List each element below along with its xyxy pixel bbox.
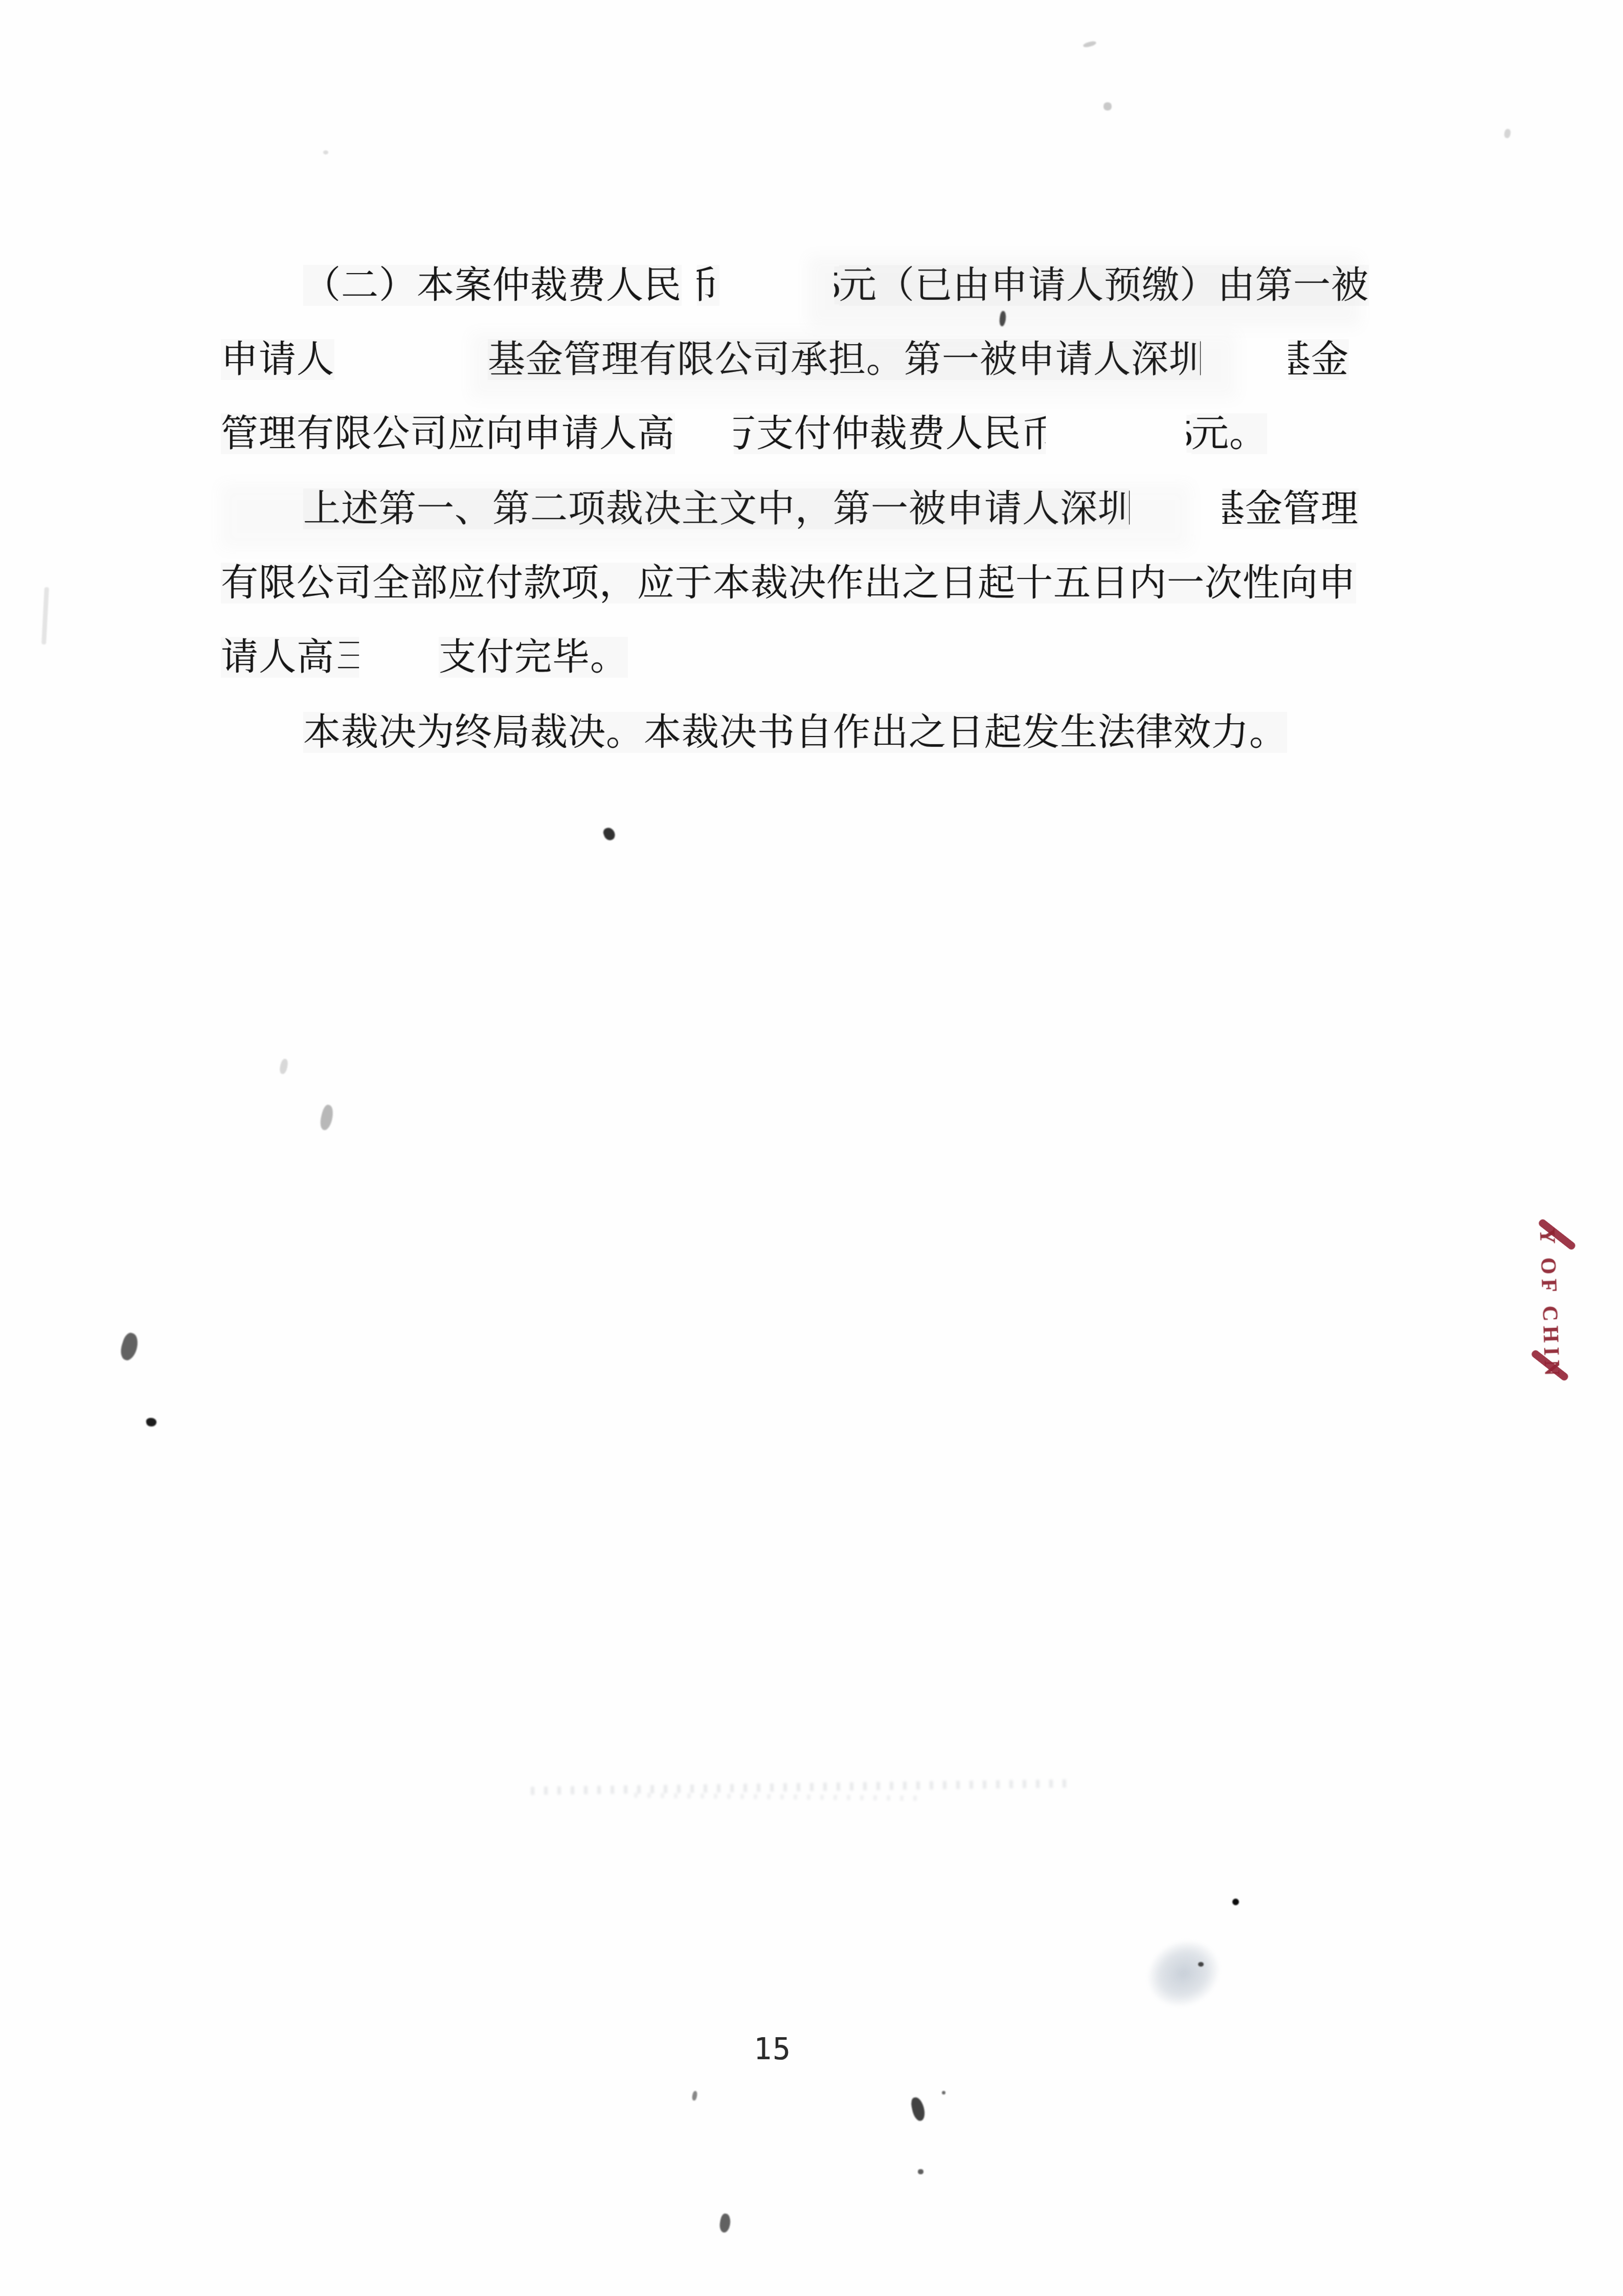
text-segment: 支付仲裁费人民: [756, 413, 1021, 454]
scan-artifact-shade: [808, 256, 1360, 327]
partial-character: 币: [1021, 413, 1059, 454]
scan-artifact-speck: [918, 2169, 923, 2174]
scan-artifact-dot: [942, 2091, 945, 2094]
text-segment: 元。: [1191, 413, 1267, 454]
red-stamp: Y OF CHIN: [1503, 1212, 1623, 1396]
partial-character: 基: [1207, 488, 1245, 529]
partial-character: 丂: [718, 413, 756, 454]
text-line-para2-line3: 请人高彐支付完毕。: [221, 637, 628, 678]
scan-artifact-shade: [470, 332, 1237, 399]
partial-character: 5: [1174, 413, 1191, 454]
scan-artifact-speck: [1103, 102, 1112, 110]
partial-character: 币: [682, 265, 719, 306]
scan-artifact-dot: [1198, 1962, 1204, 1967]
text-line-para3-line1: 本裁决为终局裁决。本裁决书自作出之日起发生法律效力。: [303, 712, 1287, 753]
document-page: （二）本案仲裁费人民币5元（已由申请人预缴）由第一被申请人基金管理有限公司承担。…: [0, 0, 1623, 2296]
text-line-para2-line2: 有限公司全部应付款项，应于本裁决作出之日起十五日内一次性向申: [221, 563, 1356, 604]
text-segment: 请人高: [221, 637, 334, 678]
partial-character: 彐: [334, 637, 372, 678]
text-segment: 本裁决为终局裁决。本裁决书自作出之日起发生法律效力。: [303, 712, 1287, 753]
partial-character: 基: [1273, 339, 1311, 380]
page-number: 15: [754, 2032, 792, 2066]
text-segment: 申请人: [221, 339, 334, 380]
text-line-para1-line3: 管理有限公司应向申请人高丂支付仲裁费人民币5元。: [221, 413, 1267, 454]
text-segment: 管理有限公司应向申请人高: [221, 413, 675, 454]
text-segment: 有限公司全部应付款项，应于本裁决作出之日起十五日内一次性向申: [221, 563, 1356, 604]
text-segment: 金管理: [1245, 488, 1359, 529]
text-segment: 金: [1311, 339, 1349, 380]
scan-artifact-dot: [323, 150, 328, 154]
text-segment: （二）本案仲裁费人民: [303, 265, 682, 306]
scan-artifact-shade: [220, 483, 1191, 550]
text-segment: 支付完毕。: [439, 637, 628, 678]
scan-artifact-dot: [1232, 1899, 1239, 1905]
